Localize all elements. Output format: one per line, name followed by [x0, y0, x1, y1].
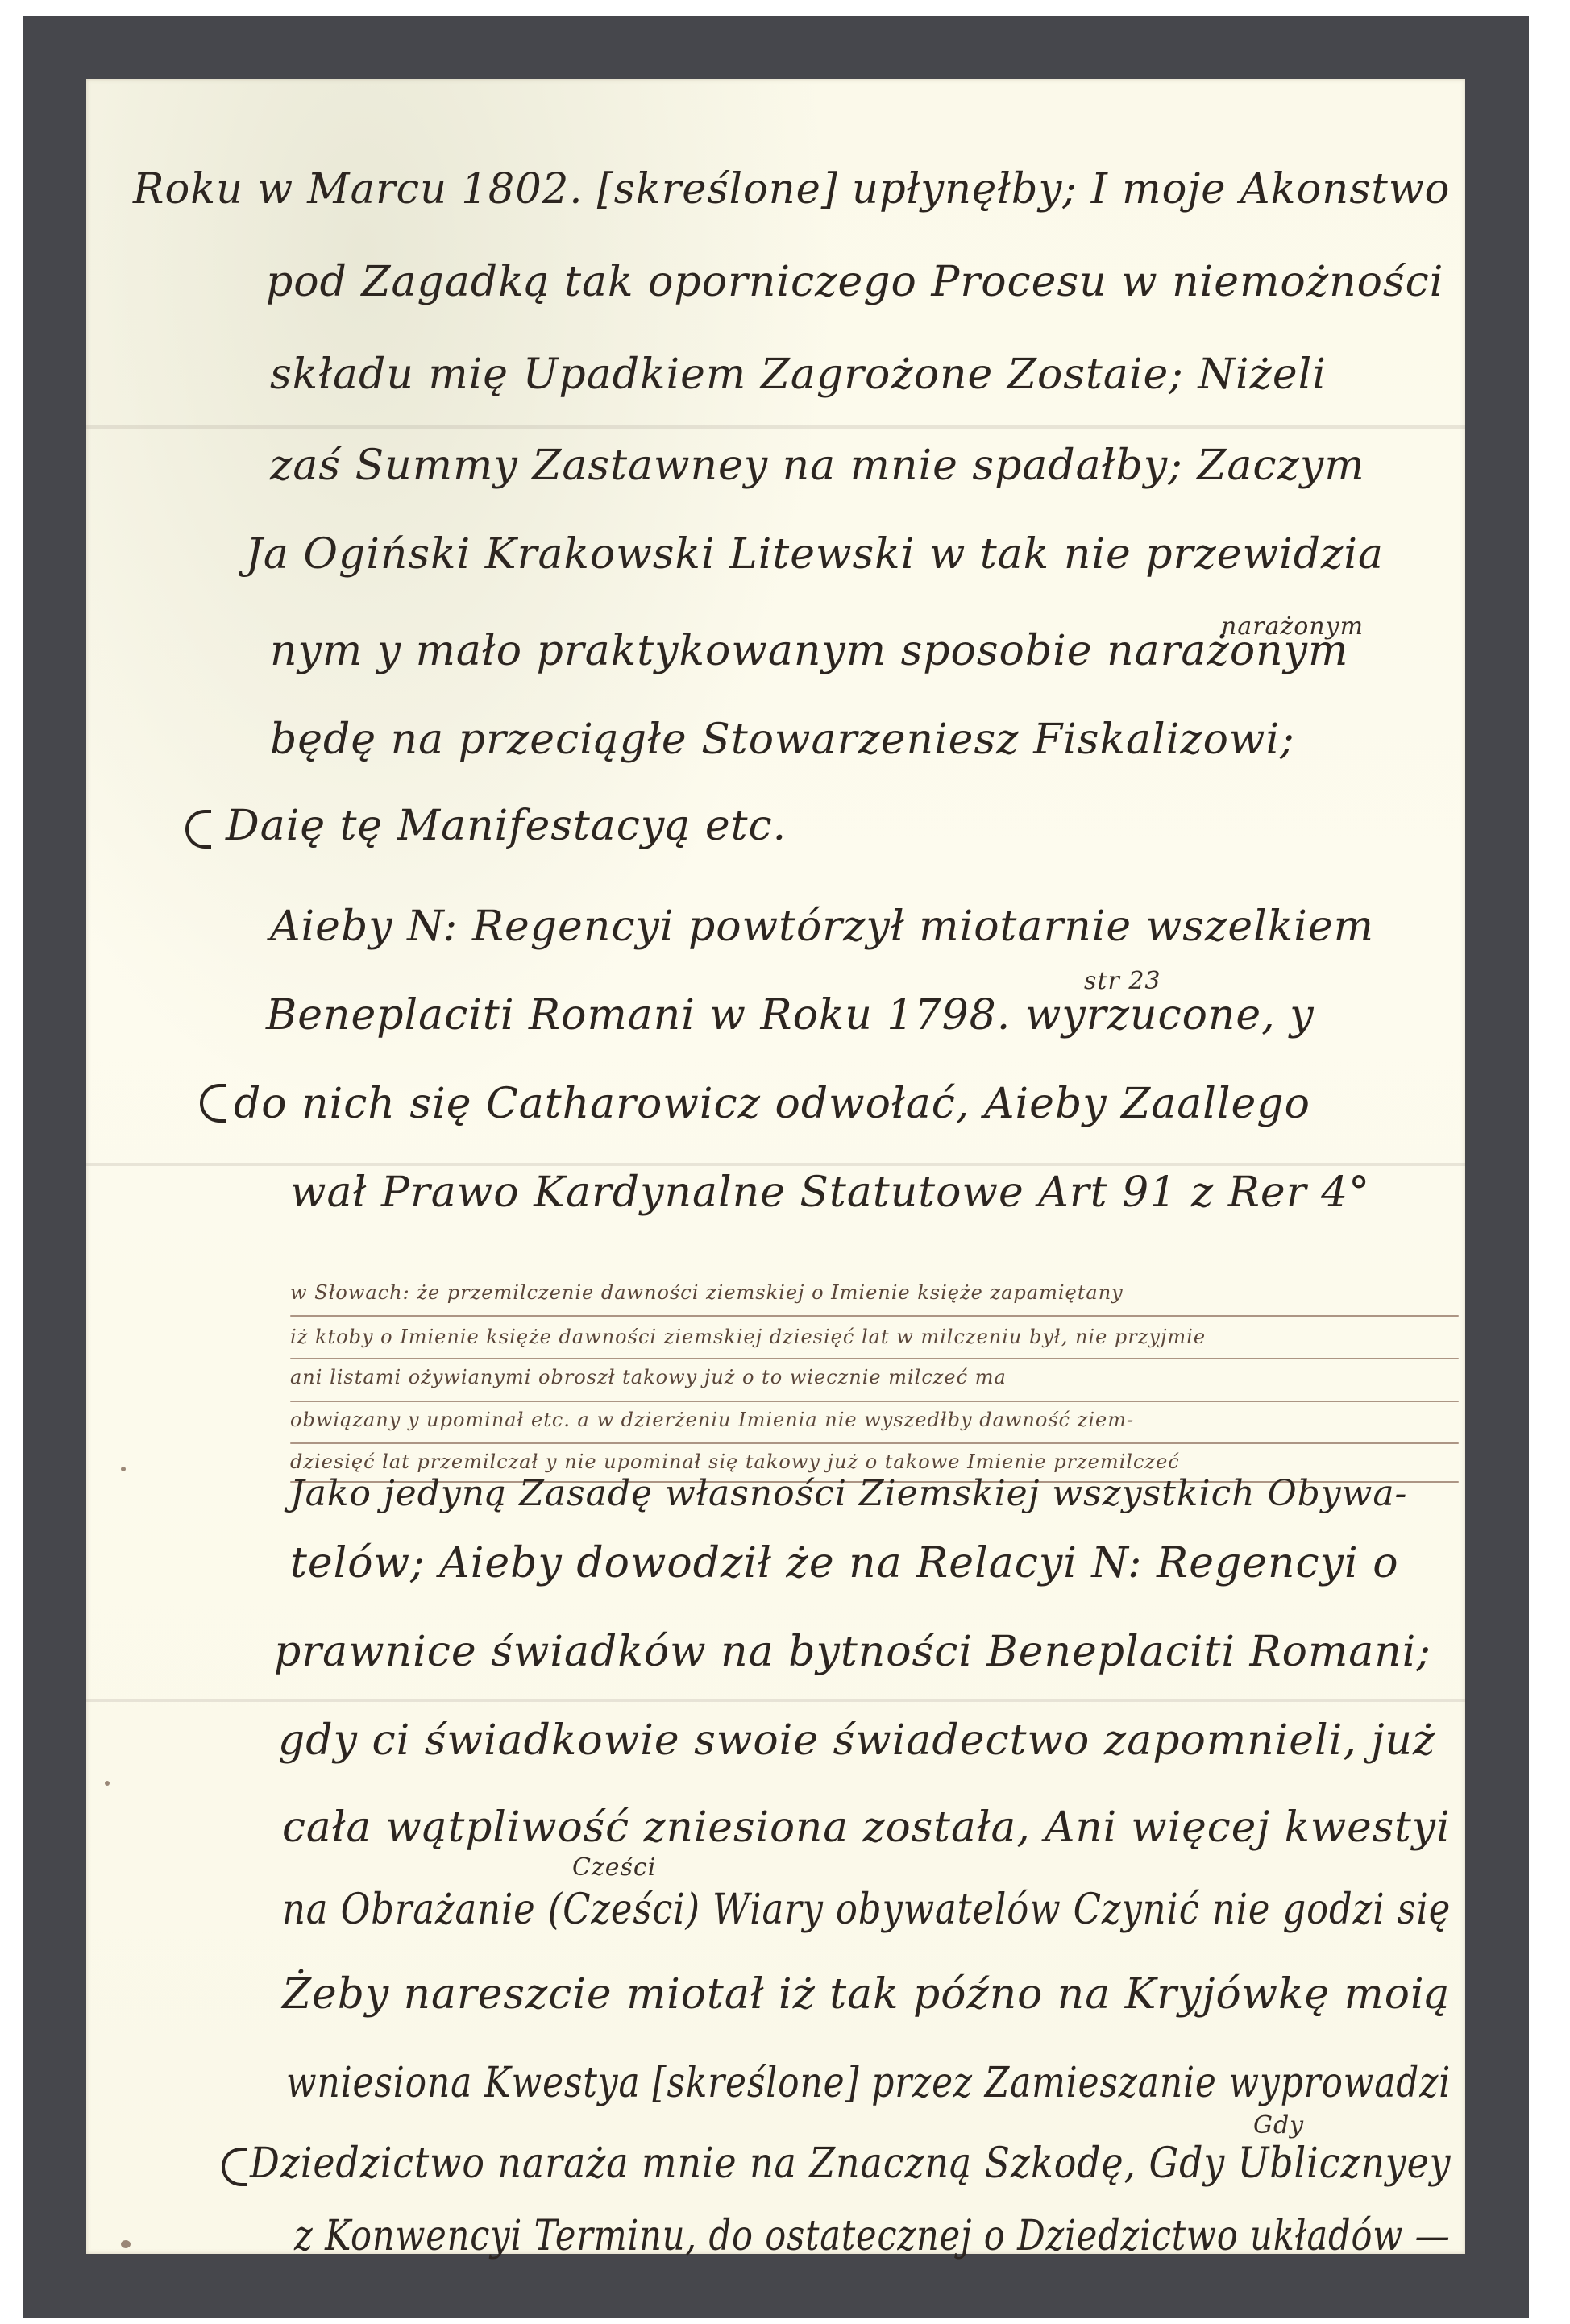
interlinear-note: Gdy: [1253, 2111, 1304, 2139]
line-9: Aieby N: Regencyi powtórzył miotarnie ws…: [270, 903, 1374, 951]
ink-speck: [105, 1781, 110, 1786]
line-17: cała wątpliwość zniesiona została, Ani w…: [282, 1803, 1451, 1852]
line-10: Beneplaciti Romani w Roku 1798. wyrzucon…: [266, 991, 1315, 1040]
line-19: Żeby nareszcie miotał iż tak późno na Kr…: [282, 1970, 1450, 2019]
ink-speck: [121, 2240, 131, 2248]
line-7: będę na przeciągłe Stowarzeniesz Fiskali…: [270, 716, 1295, 764]
line-13: Jako jedyną Zasadę własności Ziemskiej w…: [290, 1473, 1407, 1514]
line-14: telów; Aieby dowodził że na Relacyi N: R…: [290, 1539, 1399, 1587]
line-15: prawnice świadków na bytności Beneplacit…: [274, 1628, 1431, 1676]
paper-fold: [86, 425, 1465, 429]
line-12: wał Prawo Kardynalne Statutowe Art 91 z …: [290, 1168, 1370, 1217]
paper-fold: [86, 1699, 1465, 1702]
annotated-line: dziesięć lat przemilczał y nie upominał …: [290, 1450, 1180, 1473]
underline-stroke: [290, 1401, 1459, 1402]
line-6: nym y mało praktykowanym sposobie narażo…: [270, 627, 1348, 675]
annotated-line: ani listami ożywianymi obroszł takowy ju…: [290, 1366, 1007, 1388]
paper-fold: [86, 1163, 1465, 1166]
ink-speck: [121, 1467, 126, 1471]
annotated-line: w Słowach: że przemilczenie dawności zie…: [290, 1281, 1124, 1304]
annotated-line: iż ktoby o Imienie księże dawności ziems…: [290, 1326, 1206, 1348]
underline-stroke: [290, 1358, 1459, 1359]
underline-stroke: [290, 1442, 1459, 1444]
line-1: Roku w Marcu 1802. [skreślone] upłynęłby…: [133, 165, 1450, 214]
line-18: na Obrażanie (Cześci) Wiary obywatelów C…: [282, 1886, 1451, 1934]
line-16: gdy ci świadkowie swoie świadectwo zapom…: [278, 1716, 1435, 1765]
line-11: do nich się Catharowicz odwołać, Aieby Z…: [234, 1080, 1310, 1128]
line-8: Daię tę Manifestacyą etc.: [226, 802, 787, 850]
line-2: pod Zagadką tak oporniczego Procesu w ni…: [266, 258, 1443, 306]
line-22: z Konwencyi Terminu, do ostatecznej o Dz…: [294, 2212, 1451, 2260]
line-5: Ja Ogiński Krakowski Litewski w tak nie …: [246, 530, 1384, 579]
line-20: wniesiona Kwestya [skreślone] przez Zami…: [286, 2059, 1451, 2107]
underline-stroke: [290, 1315, 1459, 1317]
interlinear-note: Cześci: [572, 1853, 656, 1882]
line-21: Dziedzictwo naraża mnie na Znaczną Szkod…: [250, 2139, 1451, 2188]
annotated-line: obwiązany y upominał etc. a w dzierżeniu…: [290, 1409, 1134, 1431]
line-4: zaś Summy Zastawney na mnie spadałby; Za…: [270, 442, 1365, 490]
line-3: składu mię Upadkiem Zagrożone Zostaie; N…: [270, 351, 1327, 399]
